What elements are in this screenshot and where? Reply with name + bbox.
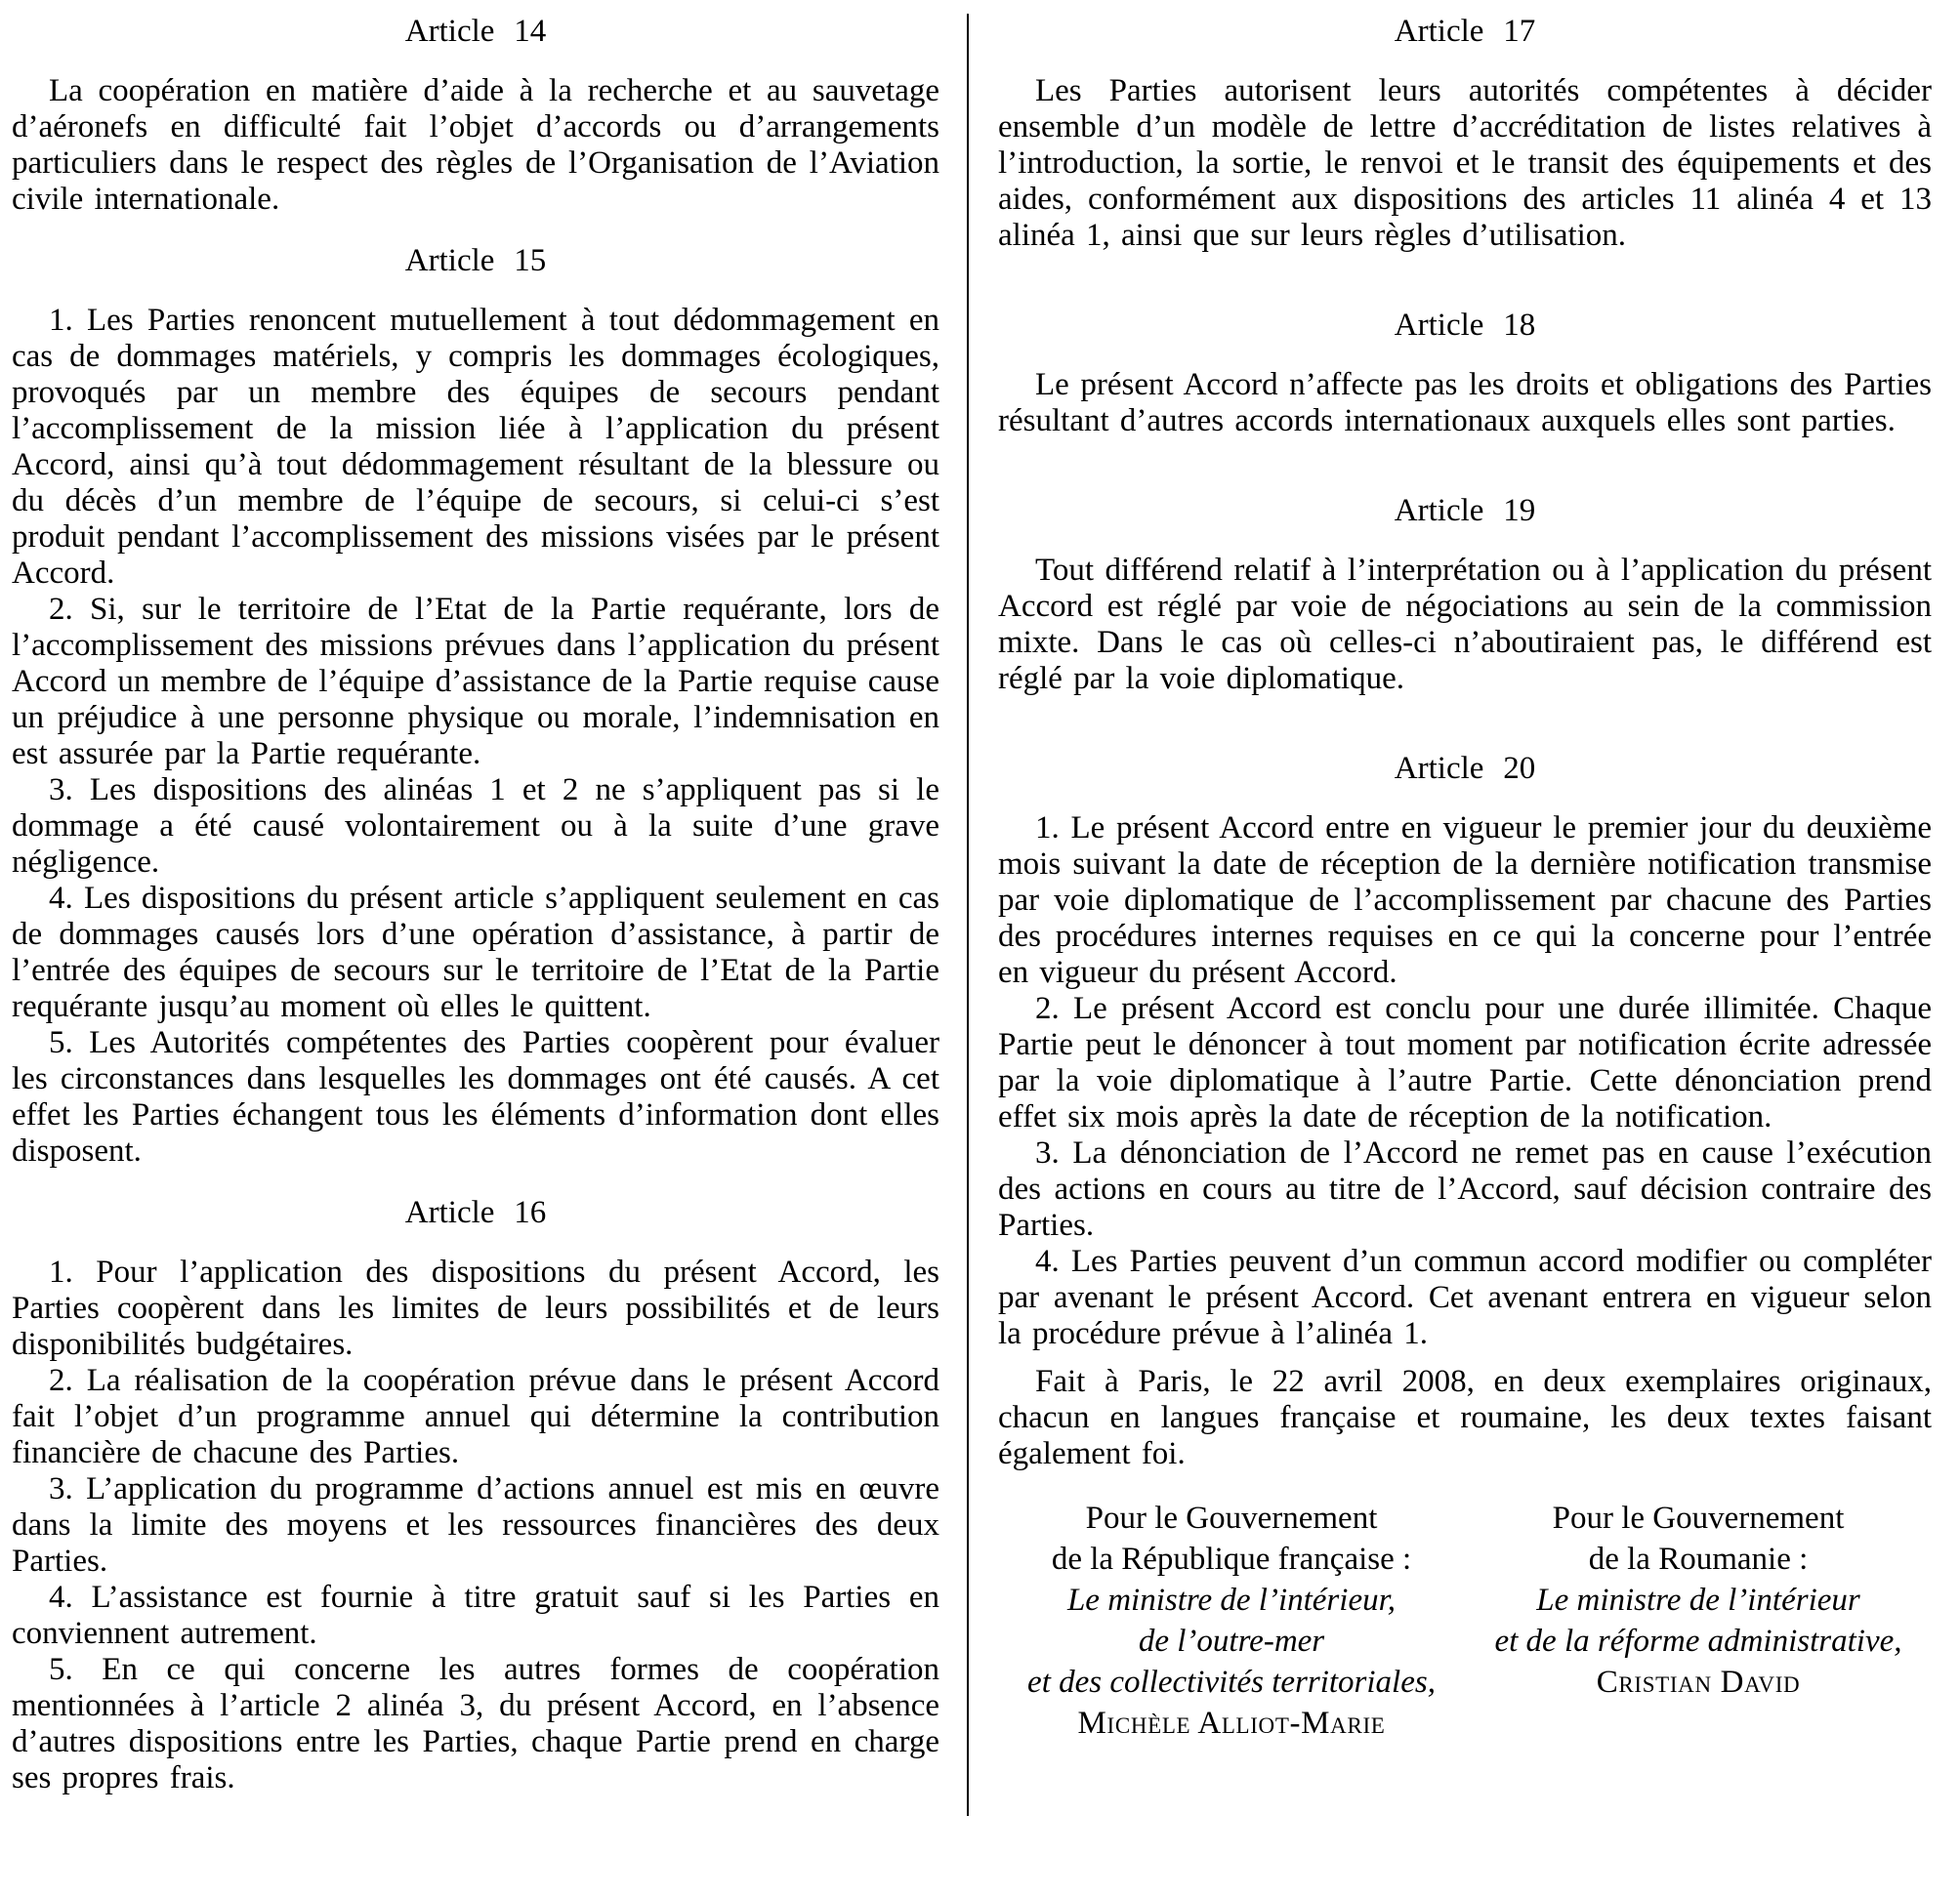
article-paragraph: 3. La dénonciation de l’Accord ne remet … xyxy=(998,1135,1932,1244)
signature-line: Le ministre de l’intérieur, xyxy=(998,1580,1465,1621)
signature-column-french: Pour le Gouvernementde la République fra… xyxy=(998,1498,1465,1744)
article-paragraph: Les Parties autorisent leurs autorités c… xyxy=(998,73,1932,254)
signature-column-romanian: Pour le Gouvernementde la Roumanie :Le m… xyxy=(1465,1498,1932,1744)
signature-line: et des collectivités territoriales, xyxy=(998,1662,1465,1703)
left-column: Article 14La coopération en matière d’ai… xyxy=(12,0,939,1796)
signature-line: Le ministre de l’intérieur xyxy=(1465,1580,1932,1621)
article-paragraph: 2. Le présent Accord est conclu pour une… xyxy=(998,991,1932,1135)
signature-line: et de la réforme administrative, xyxy=(1465,1621,1932,1662)
article-heading: Article 16 xyxy=(12,1195,939,1231)
right-column: Article 17Les Parties autorisent leurs a… xyxy=(998,0,1932,1744)
article-paragraph: 3. Les dispositions des alinéas 1 et 2 n… xyxy=(12,772,939,881)
article-heading: Article 17 xyxy=(998,14,1932,50)
signature-line: de la République française : xyxy=(998,1539,1465,1580)
article-paragraph: 1. Le présent Accord entre en vigueur le… xyxy=(998,810,1932,991)
article-heading: Article 14 xyxy=(12,14,939,50)
article-paragraph: 4. Les dispositions du présent article s… xyxy=(12,881,939,1025)
article-paragraph: 1. Pour l’application des dispositions d… xyxy=(12,1255,939,1363)
signatory-name: Michèle Alliot-Marie xyxy=(998,1703,1465,1744)
article-paragraph: 3. L’application du programme d’actions … xyxy=(12,1471,939,1580)
article-paragraph: 1. Les Parties renoncent mutuellement à … xyxy=(12,303,939,592)
signature-line: de l’outre-mer xyxy=(998,1621,1465,1662)
article-heading: Article 15 xyxy=(12,243,939,279)
article-paragraph: Le présent Accord n’affecte pas les droi… xyxy=(998,367,1932,439)
article-paragraph: Fait à Paris, le 22 avril 2008, en deux … xyxy=(998,1364,1932,1472)
article-paragraph: 5. Les Autorités compétentes des Parties… xyxy=(12,1025,939,1170)
signature-line: de la Roumanie : xyxy=(1465,1539,1932,1580)
article-paragraph: Tout différend relatif à l’interprétatio… xyxy=(998,553,1932,697)
article-paragraph: La coopération en matière d’aide à la re… xyxy=(12,73,939,218)
article-paragraph: 4. Les Parties peuvent d’un commun accor… xyxy=(998,1244,1932,1352)
signature-block: Pour le Gouvernementde la République fra… xyxy=(998,1498,1932,1744)
article-paragraph: 2. Si, sur le territoire de l’Etat de la… xyxy=(12,592,939,772)
article-heading: Article 18 xyxy=(998,308,1932,344)
signature-line: Pour le Gouvernement xyxy=(1465,1498,1932,1539)
signature-line: Pour le Gouvernement xyxy=(998,1498,1465,1539)
document-page: Article 14La coopération en matière d’ai… xyxy=(0,0,1960,1897)
article-paragraph: 4. L’assistance est fournie à titre grat… xyxy=(12,1580,939,1652)
article-heading: Article 19 xyxy=(998,493,1932,529)
column-divider xyxy=(967,14,969,1816)
article-paragraph: 5. En ce qui concerne les autres formes … xyxy=(12,1652,939,1796)
signatory-name: Cristian David xyxy=(1465,1662,1932,1703)
article-paragraph: 2. La réalisation de la coopération prév… xyxy=(12,1363,939,1471)
article-heading: Article 20 xyxy=(998,751,1932,787)
